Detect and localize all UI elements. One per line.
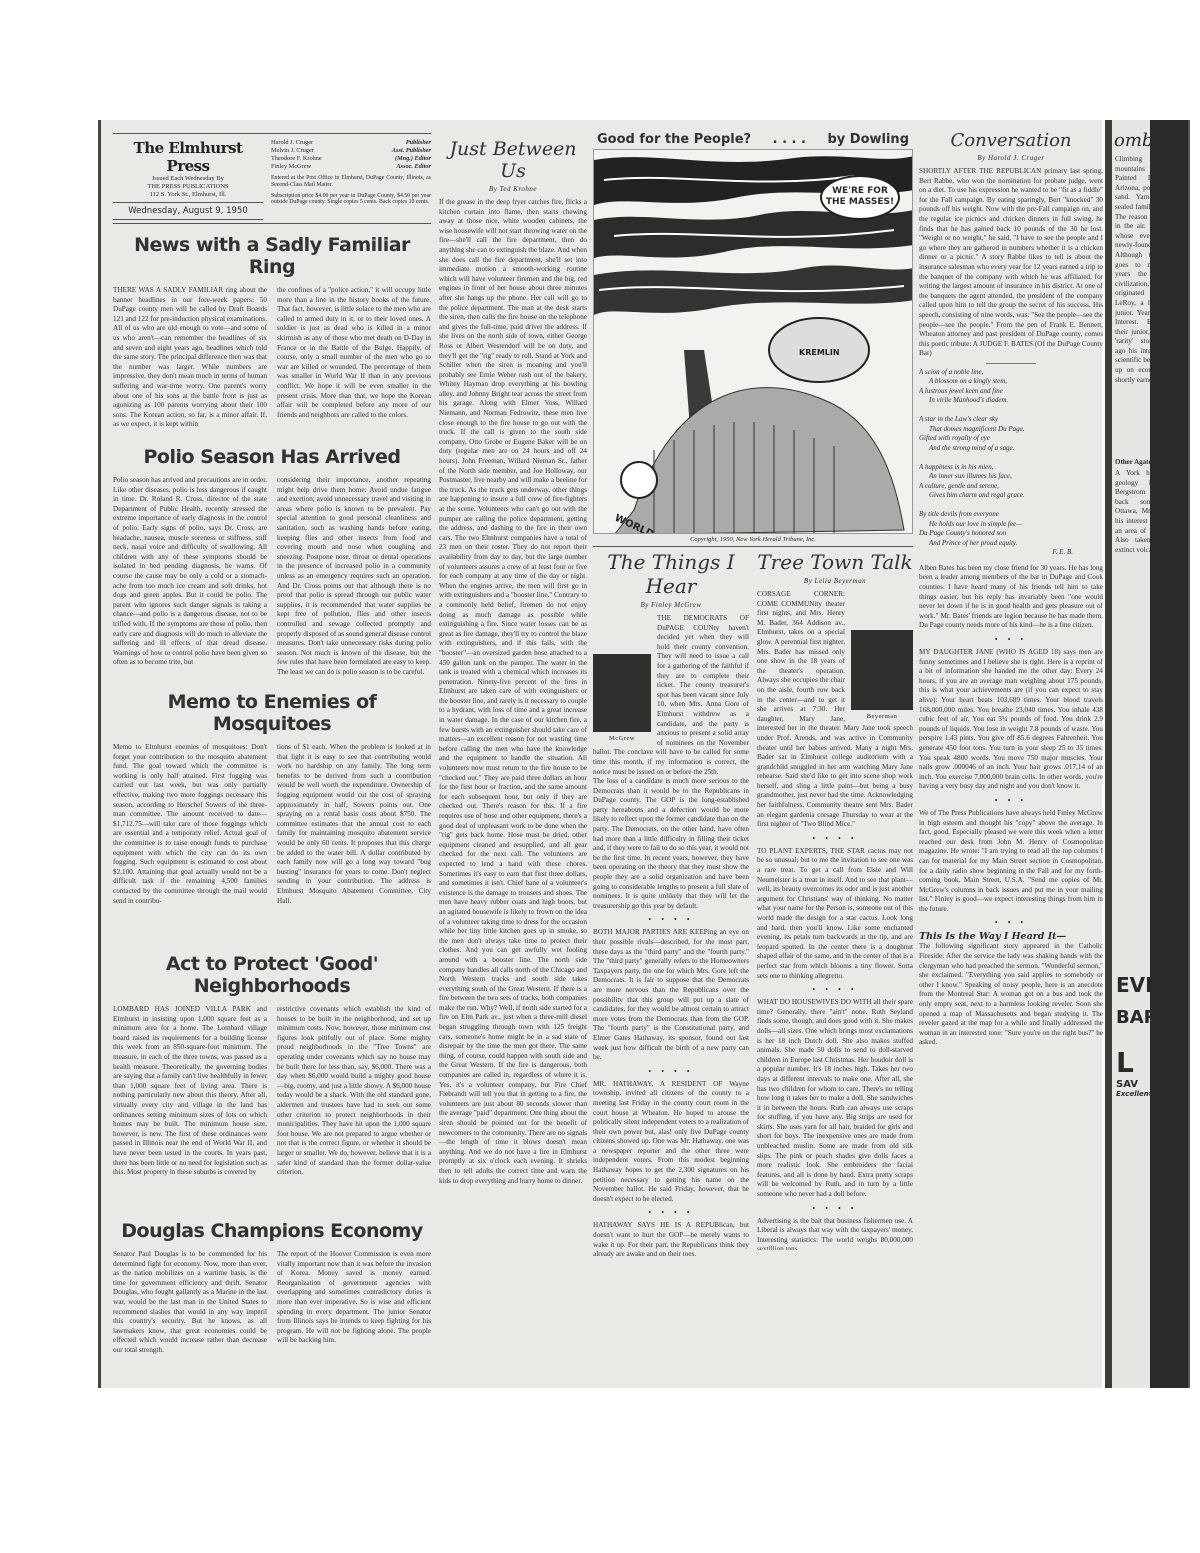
body-text: Alben Bates has been my close friend for… bbox=[919, 564, 1103, 631]
subsection-title: This Is the Way I Heard It— bbox=[919, 931, 1103, 942]
author-photo bbox=[851, 630, 913, 710]
poem-line: And Prince of her proud equity. bbox=[919, 539, 1103, 549]
subscription-note: Subscription price $4.00 per year in DuP… bbox=[271, 193, 431, 207]
cartoon-header: Good for the People? . . . . by Dowling bbox=[593, 130, 913, 149]
body-text: SHORTLY AFTER THE REPUBLICAN primary las… bbox=[919, 167, 1103, 359]
article-text: Memo to Elmhurst enemies of mosquitoes: … bbox=[113, 743, 267, 943]
binding-edge bbox=[1150, 120, 1188, 1388]
masthead: The Elmhurst Press Issued Each Wednesday… bbox=[113, 137, 431, 220]
section-divider: • • • • bbox=[757, 834, 913, 843]
poem-line: He holds our love in simple fee— bbox=[919, 520, 1103, 530]
poem: A scion of a noble line, A blossom on a … bbox=[919, 368, 1103, 558]
byline: By Lelia Beyerman bbox=[757, 577, 913, 585]
article-text: tions of $1 each. When the problem is lo… bbox=[277, 743, 431, 943]
article-text: The report of the Hoover Commission is e… bbox=[277, 1250, 431, 1360]
editorial-mosquitoes: Memo to Enemies of Mosquitoes Memo to El… bbox=[113, 691, 431, 943]
editorial-douglas-economy: Douglas Champions Economy Senator Paul D… bbox=[113, 1220, 431, 1360]
body-text: The following significant story appeared… bbox=[919, 942, 1103, 1048]
cartoon-copyright: Copyright, 1950, New York Herald Tribune… bbox=[593, 536, 913, 543]
poem-line: Gifted with royalty of eye bbox=[919, 434, 1103, 444]
article-text: restrictive covenants which establish th… bbox=[277, 1005, 431, 1210]
headline: Douglas Champions Economy bbox=[113, 1220, 431, 1242]
body-text: The loss of a candidate is much more ser… bbox=[593, 777, 749, 911]
headline: Act to Protect 'Good' Neighborhoods bbox=[113, 953, 431, 997]
speech-bubble: WE'RE FOR THE MASSES! bbox=[820, 175, 900, 220]
poem-line: Du Page County's honored son bbox=[919, 529, 1103, 539]
staff-role: Asst. Publisher bbox=[392, 147, 431, 155]
headline: Memo to Enemies of Mosquitoes bbox=[113, 691, 431, 735]
poem-line: A blossom on a kingly stem, bbox=[919, 377, 1103, 387]
column-title: The Things I Hear bbox=[593, 550, 749, 598]
cartoon-title: Good for the People? bbox=[597, 132, 751, 147]
poem-line: In virile Manhood's diadem. bbox=[919, 396, 1103, 406]
just-between-us-column: Just Between Us By Ted Krohne If the gre… bbox=[439, 130, 587, 1398]
article-text: Senator Paul Douglas is to be commended … bbox=[113, 1250, 267, 1360]
section-divider: • • • • bbox=[593, 915, 749, 924]
column-title: Just Between Us bbox=[439, 138, 587, 182]
body-text: TO PLANT EXPERTS, THE STAR cactus may no… bbox=[757, 847, 913, 981]
section-divider: • • • • bbox=[757, 1204, 913, 1213]
publisher-org: THE PRESS PUBLICATIONS bbox=[113, 183, 263, 191]
poem-line: Gives him charm and regal grace. bbox=[919, 491, 1103, 501]
headline: Polio Season Has Arrived bbox=[113, 446, 431, 468]
things-i-hear-column: The Things I Hear By Finley McGrew McGre… bbox=[593, 550, 749, 1260]
poem-line: A star in the Law's clear sky bbox=[919, 415, 1103, 425]
poem-line: That domes magnificent Du Page. bbox=[919, 425, 1103, 435]
tree-town-talk-column: Tree Town Talk By Lelia Beyerman Beyerma… bbox=[757, 550, 913, 1250]
poem-line: A lustrous jewel keen and fine bbox=[919, 387, 1103, 397]
staff-name: Finley McGrew bbox=[271, 163, 311, 171]
conversation-column: Conversation By Harold J. Cruger SHORTLY… bbox=[919, 130, 1103, 1380]
staff-name: Harold J. Cruger bbox=[271, 139, 313, 147]
staff-role: (Mng.) Editor bbox=[395, 155, 431, 163]
section-divider: • • • bbox=[919, 918, 1103, 927]
article-text: LOMBARD HAS JOINED VILLA PARK and Elmhur… bbox=[113, 1005, 267, 1210]
center-column: Good for the People? . . . . by Dowling … bbox=[593, 130, 913, 1260]
article-text: Polio season has arrived and precautions… bbox=[113, 476, 267, 681]
staff-name: Theodore F. Krohne bbox=[271, 155, 322, 163]
poem-line: And the strong mind of a sage. bbox=[919, 444, 1103, 454]
article-text: THERE WAS A SADLY FAMILIAR ring about th… bbox=[113, 286, 267, 436]
body-text: We of The Press Publications have always… bbox=[919, 809, 1103, 915]
author-photo bbox=[593, 654, 651, 732]
article-text: If the grease in the deep fryer catches … bbox=[439, 198, 587, 1398]
photo-caption: McGrew bbox=[593, 735, 651, 742]
editorial-news-familiar-ring: News with a Sadly Familiar Ring THERE WA… bbox=[113, 234, 431, 436]
article-text: considering their importance, another re… bbox=[277, 476, 431, 681]
section-divider: • • • bbox=[919, 796, 1103, 805]
section-divider: • • • • bbox=[593, 1067, 749, 1076]
body-text: BOTH MAJOR PARTIES ARE KEEPing an eye on… bbox=[593, 928, 749, 1062]
body-text: Advertising is the bait that business fi… bbox=[757, 1217, 913, 1250]
byline: By Finley McGrew bbox=[593, 601, 749, 609]
poem-line: A culture, gentle and serene, bbox=[919, 482, 1103, 492]
section-divider: • • • • bbox=[757, 985, 913, 994]
staff-role: Assoc. Editor bbox=[396, 163, 431, 171]
body-text: MY DAUGHTER JANE (WHO IS AGED 18) says m… bbox=[919, 648, 1103, 792]
editorial-column: The Elmhurst Press Issued Each Wednesday… bbox=[113, 130, 431, 1360]
cartoon-ellipsis: . . . . bbox=[773, 132, 806, 147]
poem-line: A happiness is in his mien, bbox=[919, 463, 1103, 473]
entry-note: Entered at the Post Office in Elmhurst, … bbox=[271, 175, 431, 189]
photo-caption: Beyerman bbox=[851, 713, 913, 720]
issue-date: Wednesday, August 9, 1950 bbox=[113, 202, 263, 220]
newspaper-title: The Elmhurst Press bbox=[113, 139, 263, 175]
body-text: WHAT DO HOUSEWIVES DO WITH all their spa… bbox=[757, 998, 913, 1199]
poem-line: By title devils from everyone bbox=[919, 510, 1103, 520]
poem-signature: F. E. B. bbox=[919, 548, 1103, 558]
byline: By Harold J. Cruger bbox=[919, 154, 1103, 162]
section-divider: • • • bbox=[919, 635, 1103, 644]
body-text: HATHAWAY SAYS HE IS A REPUBlican, but do… bbox=[593, 1221, 749, 1259]
staff-role: Publisher bbox=[406, 139, 431, 147]
column-title: Tree Town Talk bbox=[757, 550, 913, 574]
headline: News with a Sadly Familiar Ring bbox=[113, 234, 431, 278]
political-cartoon: KREMLIN WORLD WAR III WE'RE FOR THE MASS… bbox=[593, 149, 913, 534]
cartoon-label-kremlin: KREMLIN bbox=[799, 348, 840, 357]
staff-box: Harold J. CrugerPublisher Melvin J. Crug… bbox=[271, 139, 431, 220]
poem-line: A scion of a noble line, bbox=[919, 368, 1103, 378]
column-title: Conversation bbox=[919, 130, 1103, 151]
byline: By Ted Krohne bbox=[439, 185, 587, 193]
cartoon-artist: by Dowling bbox=[827, 132, 909, 147]
newspaper-page: The Elmhurst Press Issued Each Wednesday… bbox=[98, 120, 1102, 1388]
address: 112 S. York St., Elmhurst, Ill. bbox=[113, 191, 263, 199]
article-text: the confines of a "police action," it wi… bbox=[277, 286, 431, 436]
section-divider: • • • • bbox=[593, 1208, 749, 1217]
editorial-polio-season: Polio Season Has Arrived Polio season ha… bbox=[113, 446, 431, 681]
issued-line: Issued Each Wednesday By bbox=[113, 175, 263, 183]
staff-name: Melvin J. Cruger bbox=[271, 147, 314, 155]
editorial-good-neighborhoods: Act to Protect 'Good' Neighborhoods LOMB… bbox=[113, 953, 431, 1210]
poem-line: An inner sun illumes his face, bbox=[919, 472, 1103, 482]
body-text: MR. HATHAWAY, A RESIDENT OF Wayne townsh… bbox=[593, 1080, 749, 1205]
